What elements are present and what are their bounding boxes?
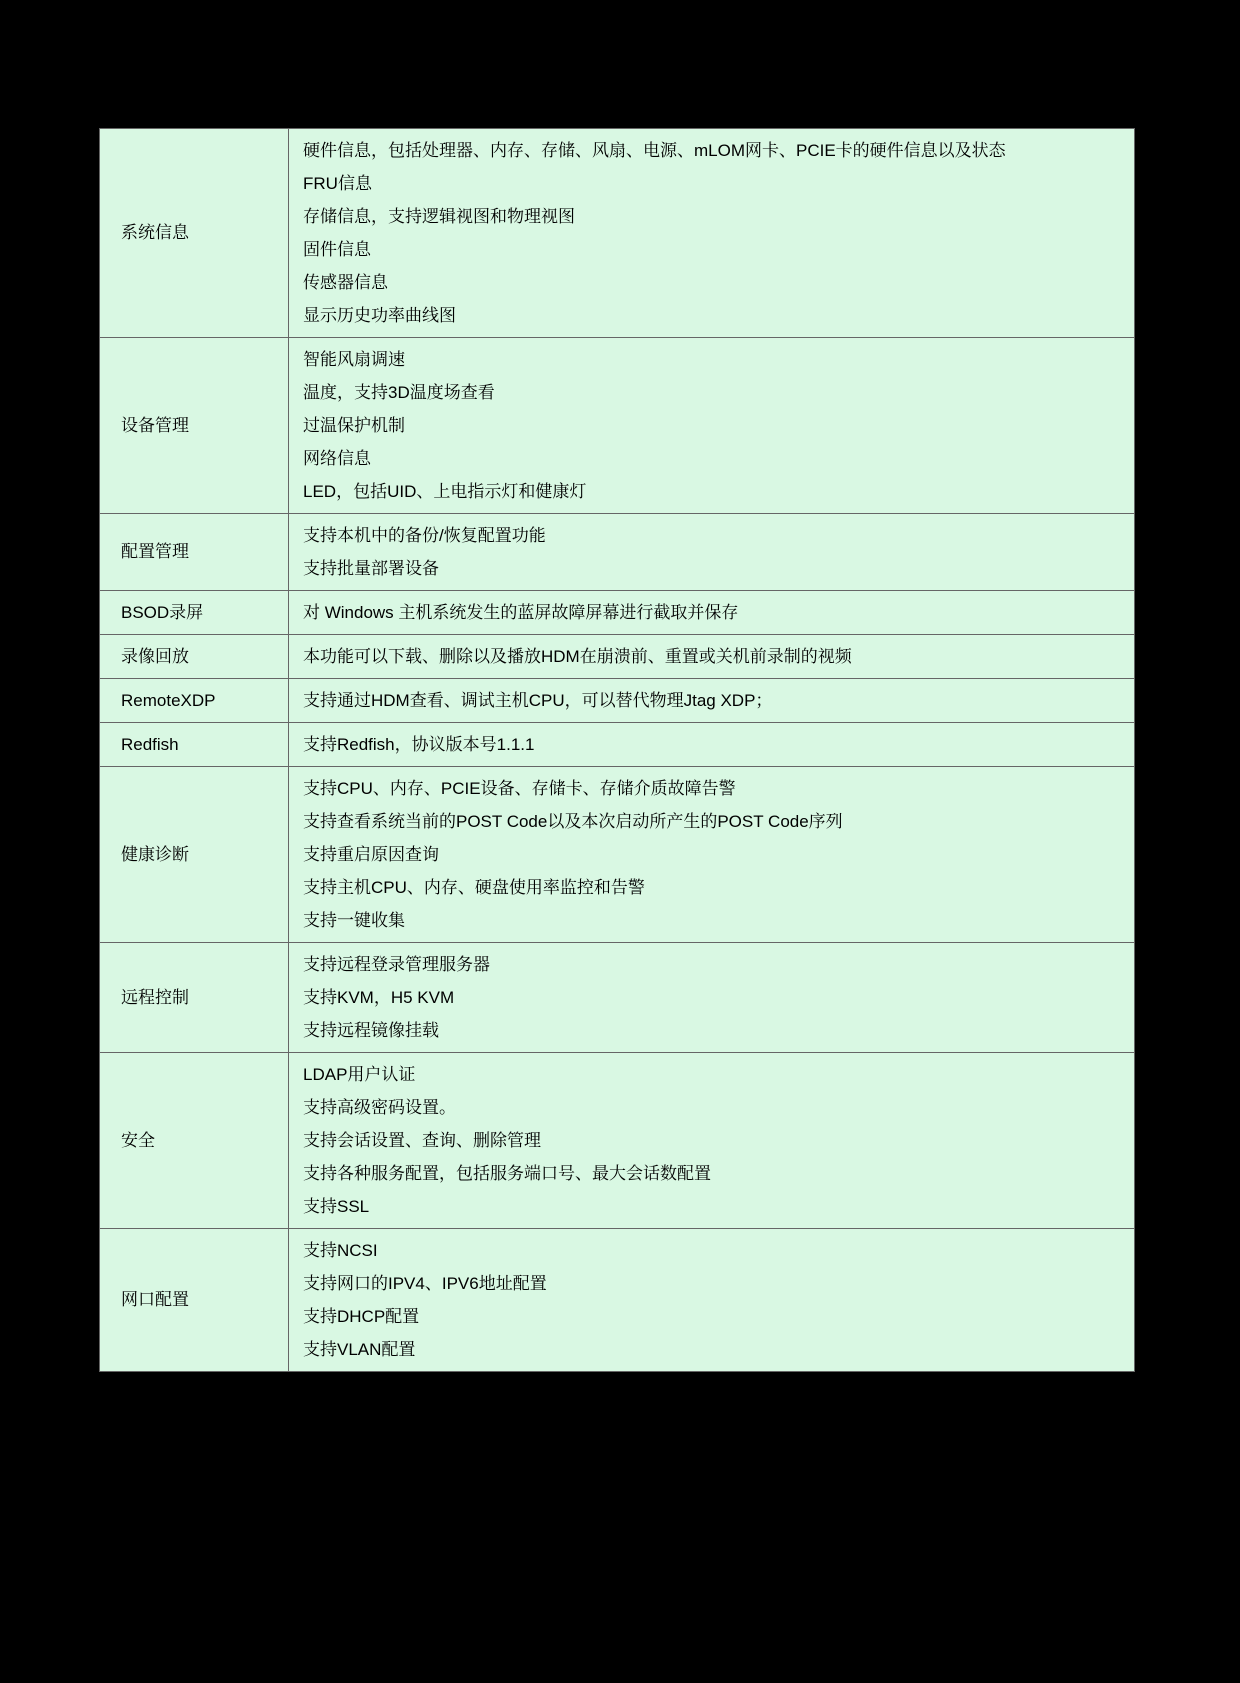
table-row: Redfish支持Redfish，协议版本号1.1.1 (100, 723, 1135, 767)
feature-item: 存储信息，支持逻辑视图和物理视图 (303, 200, 1120, 233)
feature-category-label: 录像回放 (100, 635, 289, 679)
feature-item: 过温保护机制 (303, 409, 1120, 442)
feature-items-cell: 支持本机中的备份/恢复配置功能支持批量部署设备 (289, 514, 1135, 591)
feature-item: 对 Windows 主机系统发生的蓝屏故障屏幕进行截取并保存 (303, 596, 1120, 629)
feature-category-label: Redfish (100, 723, 289, 767)
feature-item: 支持NCSI (303, 1234, 1120, 1267)
table-row: 系统信息硬件信息，包括处理器、内存、存储、风扇、电源、mLOM网卡、PCIE卡的… (100, 129, 1135, 338)
table-row: 设备管理智能风扇调速温度，支持3D温度场查看过温保护机制网络信息LED，包括UI… (100, 338, 1135, 514)
feature-items-cell: 支持通过HDM查看、调试主机CPU，可以替代物理Jtag XDP； (289, 679, 1135, 723)
feature-item: LED，包括UID、上电指示灯和健康灯 (303, 475, 1120, 508)
document-page: 系统信息硬件信息，包括处理器、内存、存储、风扇、电源、mLOM网卡、PCIE卡的… (0, 0, 1240, 1683)
feature-item: 支持远程镜像挂载 (303, 1014, 1120, 1047)
feature-item: FRU信息 (303, 167, 1120, 200)
feature-category-label: RemoteXDP (100, 679, 289, 723)
feature-category-label: 配置管理 (100, 514, 289, 591)
feature-item: 网络信息 (303, 442, 1120, 475)
feature-item: 支持会话设置、查询、删除管理 (303, 1124, 1120, 1157)
feature-item: 支持远程登录管理服务器 (303, 948, 1120, 981)
feature-items-cell: 支持CPU、内存、PCIE设备、存储卡、存储介质故障告警支持查看系统当前的POS… (289, 767, 1135, 943)
table-row: 健康诊断支持CPU、内存、PCIE设备、存储卡、存储介质故障告警支持查看系统当前… (100, 767, 1135, 943)
feature-items-cell: 支持NCSI支持网口的IPV4、IPV6地址配置支持DHCP配置支持VLAN配置 (289, 1229, 1135, 1372)
feature-category-label: BSOD录屏 (100, 591, 289, 635)
feature-items-cell: 硬件信息，包括处理器、内存、存储、风扇、电源、mLOM网卡、PCIE卡的硬件信息… (289, 129, 1135, 338)
feature-item: 智能风扇调速 (303, 343, 1120, 376)
feature-item: 支持网口的IPV4、IPV6地址配置 (303, 1267, 1120, 1300)
feature-item: 支持批量部署设备 (303, 552, 1120, 585)
feature-category-label: 网口配置 (100, 1229, 289, 1372)
feature-item: 支持一键收集 (303, 904, 1120, 937)
feature-items-cell: 本功能可以下载、删除以及播放HDM在崩溃前、重置或关机前录制的视频 (289, 635, 1135, 679)
feature-item: 支持VLAN配置 (303, 1333, 1120, 1366)
feature-item: 支持DHCP配置 (303, 1300, 1120, 1333)
feature-items-cell: 智能风扇调速温度，支持3D温度场查看过温保护机制网络信息LED，包括UID、上电… (289, 338, 1135, 514)
feature-item: 支持KVM，H5 KVM (303, 981, 1120, 1014)
feature-category-label: 设备管理 (100, 338, 289, 514)
feature-item: 本功能可以下载、删除以及播放HDM在崩溃前、重置或关机前录制的视频 (303, 640, 1120, 673)
feature-item: 支持各种服务配置，包括服务端口号、最大会话数配置 (303, 1157, 1120, 1190)
feature-item: 支持重启原因查询 (303, 838, 1120, 871)
feature-category-label: 安全 (100, 1053, 289, 1229)
table-row: 安全LDAP用户认证支持高级密码设置。支持会话设置、查询、删除管理支持各种服务配… (100, 1053, 1135, 1229)
table-row: 配置管理支持本机中的备份/恢复配置功能支持批量部署设备 (100, 514, 1135, 591)
feature-item: 支持CPU、内存、PCIE设备、存储卡、存储介质故障告警 (303, 772, 1120, 805)
feature-category-label: 系统信息 (100, 129, 289, 338)
feature-item: 支持SSL (303, 1190, 1120, 1223)
feature-items-cell: 支持Redfish，协议版本号1.1.1 (289, 723, 1135, 767)
features-table: 系统信息硬件信息，包括处理器、内存、存储、风扇、电源、mLOM网卡、PCIE卡的… (99, 128, 1135, 1372)
feature-item: 温度，支持3D温度场查看 (303, 376, 1120, 409)
feature-item: 显示历史功率曲线图 (303, 299, 1120, 332)
feature-item: 传感器信息 (303, 266, 1120, 299)
feature-item: 支持本机中的备份/恢复配置功能 (303, 519, 1120, 552)
feature-item: 硬件信息，包括处理器、内存、存储、风扇、电源、mLOM网卡、PCIE卡的硬件信息… (303, 134, 1120, 167)
table-row: 远程控制支持远程登录管理服务器支持KVM，H5 KVM支持远程镜像挂载 (100, 943, 1135, 1053)
table-row: BSOD录屏对 Windows 主机系统发生的蓝屏故障屏幕进行截取并保存 (100, 591, 1135, 635)
feature-category-label: 远程控制 (100, 943, 289, 1053)
features-table-body: 系统信息硬件信息，包括处理器、内存、存储、风扇、电源、mLOM网卡、PCIE卡的… (100, 129, 1135, 1372)
feature-item: 支持查看系统当前的POST Code以及本次启动所产生的POST Code序列 (303, 805, 1120, 838)
feature-item: LDAP用户认证 (303, 1058, 1120, 1091)
feature-item: 支持Redfish，协议版本号1.1.1 (303, 728, 1120, 761)
feature-item: 固件信息 (303, 233, 1120, 266)
feature-item: 支持高级密码设置。 (303, 1091, 1120, 1124)
feature-category-label: 健康诊断 (100, 767, 289, 943)
feature-item: 支持通过HDM查看、调试主机CPU，可以替代物理Jtag XDP； (303, 684, 1120, 717)
feature-items-cell: LDAP用户认证支持高级密码设置。支持会话设置、查询、删除管理支持各种服务配置，… (289, 1053, 1135, 1229)
feature-items-cell: 对 Windows 主机系统发生的蓝屏故障屏幕进行截取并保存 (289, 591, 1135, 635)
table-row: 录像回放本功能可以下载、删除以及播放HDM在崩溃前、重置或关机前录制的视频 (100, 635, 1135, 679)
feature-item: 支持主机CPU、内存、硬盘使用率监控和告警 (303, 871, 1120, 904)
table-row: RemoteXDP支持通过HDM查看、调试主机CPU，可以替代物理Jtag XD… (100, 679, 1135, 723)
table-row: 网口配置支持NCSI支持网口的IPV4、IPV6地址配置支持DHCP配置支持VL… (100, 1229, 1135, 1372)
feature-items-cell: 支持远程登录管理服务器支持KVM，H5 KVM支持远程镜像挂载 (289, 943, 1135, 1053)
